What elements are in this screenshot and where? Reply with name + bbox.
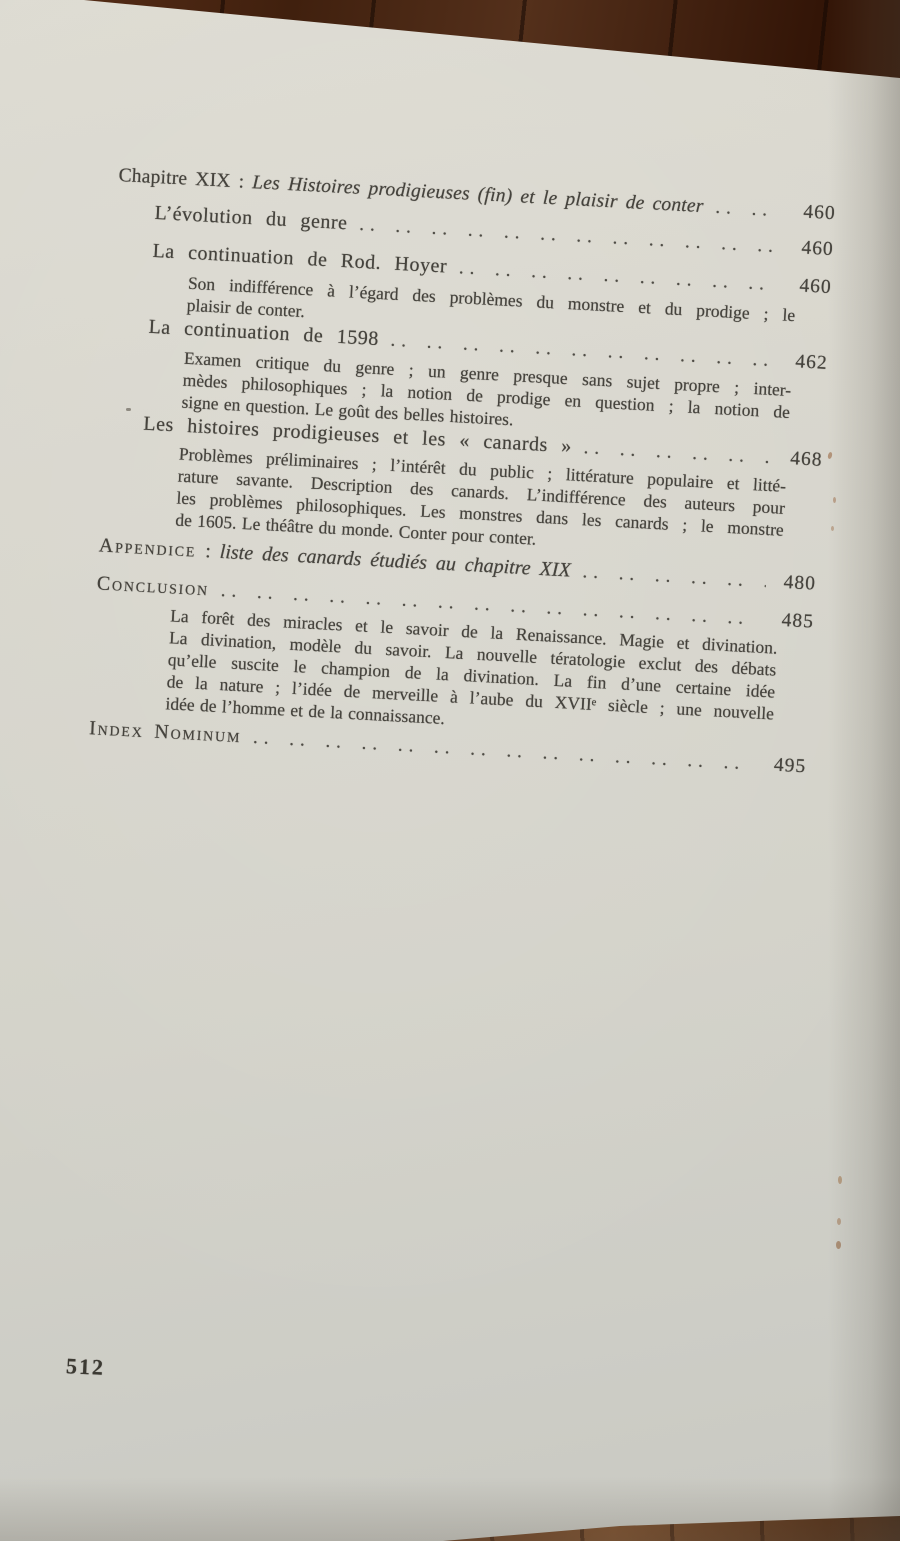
paper-stain-speck (833, 497, 836, 503)
paper-stain-speck (831, 526, 834, 531)
paper-stain-speck (126, 408, 131, 411)
toc-page-number: 468 (778, 447, 823, 471)
table-of-contents: Chapitre XIX : Les Histoires prodigieuse… (89, 150, 837, 778)
paper-stain-speck (838, 1176, 842, 1184)
dot-leader: .. .. .. .. .. .. .. .. .. .. .. .. .. .… (359, 214, 785, 259)
dot-leader: .. .. .. .. .. .. .. .. .. .. .. .. .. .… (582, 561, 766, 593)
toc-label-segment: Conclusion (96, 572, 209, 600)
toc-page-number: 460 (789, 237, 834, 261)
toc-rows: Chapitre XIX : Les Histoires prodigieuse… (89, 165, 837, 778)
toc-label-segment: Chapitre XIX : (118, 165, 253, 193)
toc-entry-label: L’évolution du genre (154, 202, 348, 234)
toc-page-number: 462 (783, 351, 828, 375)
toc-entry-label: Conclusion (96, 572, 209, 600)
paper-stain-speck (836, 1241, 841, 1249)
toc-label-segment: Appendice (98, 534, 197, 561)
toc-page-number: 460 (791, 201, 836, 225)
toc-page-number: 460 (787, 275, 832, 299)
page-number-folio: 512 (65, 1353, 105, 1381)
toc-label-segment: L’évolution du genre (154, 202, 348, 234)
dot-leader: .. .. .. .. .. .. .. .. .. .. .. .. .. .… (715, 197, 786, 223)
paper-stain-speck (837, 1218, 841, 1225)
book-page-photo: Chapitre XIX : Les Histoires prodigieuse… (0, 0, 900, 1541)
toc-label-segment: : (196, 540, 221, 563)
toc-page-number: 495 (762, 754, 807, 778)
toc-page-number: 480 (771, 571, 816, 595)
toc-page-number: 485 (769, 609, 814, 633)
